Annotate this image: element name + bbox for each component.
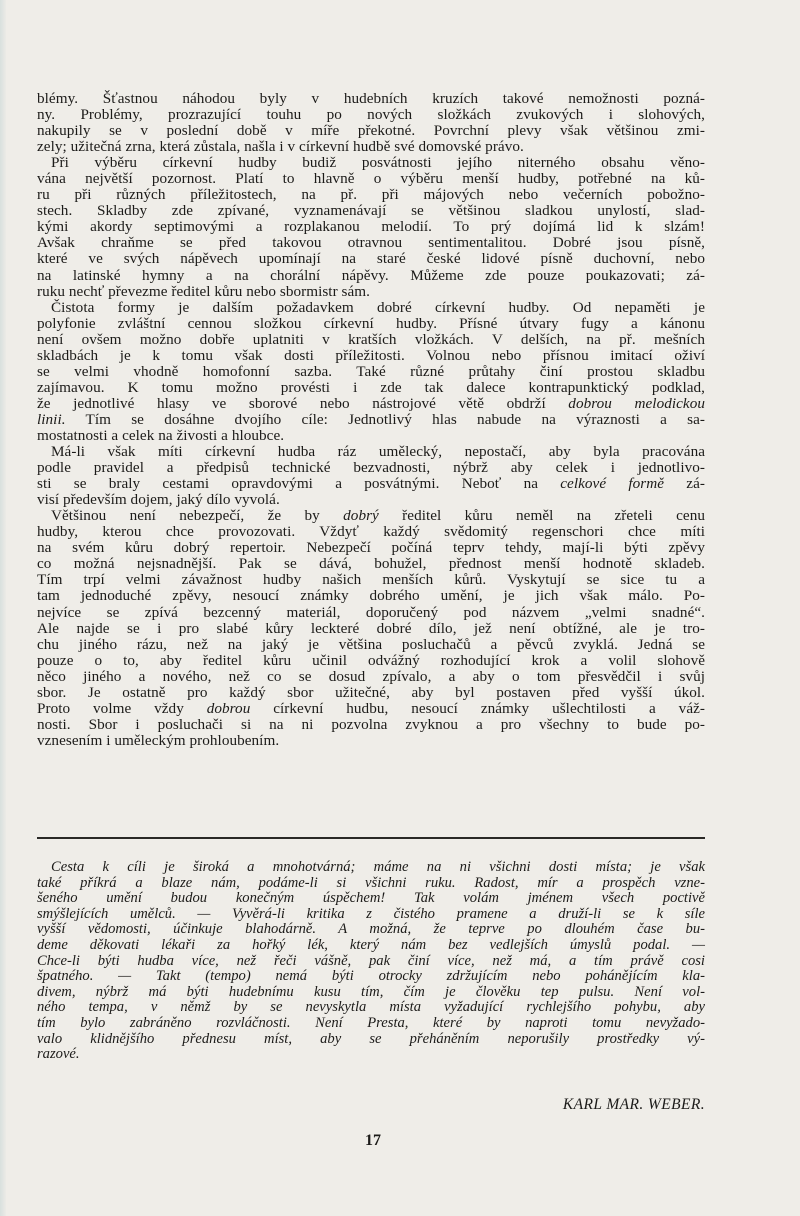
text-run: Má-li však míti církevní hudba ráz uměle… bbox=[51, 443, 705, 460]
emphasized-text: celkové formě bbox=[560, 475, 664, 492]
quote-line: vyšší vědomosti, účinkuje blahodárně. A … bbox=[37, 922, 705, 938]
text-run: skladbách je k tomu však dosti příležito… bbox=[37, 347, 705, 364]
quote-line: divem, nýbrž má býti hudebnímu kusu tím,… bbox=[37, 985, 705, 1001]
quote-line: deme děkovati lékaři za hořký lék, který… bbox=[37, 938, 705, 954]
quote-line: šeného umění budou konečným úspěchem! Ta… bbox=[37, 891, 705, 907]
body-line: sbor. Je ostatně pro každý sbor užitečné… bbox=[37, 685, 705, 701]
quotation-block: Cesta k cíli je široká a mnohotvárná; má… bbox=[37, 860, 705, 1063]
body-line: Většinou není nebezpečí, že by dobrý řed… bbox=[37, 508, 705, 524]
text-run: co možná nejsnadnější. Pak se dává, bohu… bbox=[37, 555, 705, 572]
text-run: podle pravidel a předpisů technické bezv… bbox=[37, 459, 705, 476]
quote-line: také příkrá a blaze nám, podáme-li si vš… bbox=[37, 876, 705, 892]
text-run: zely; užitečná zrna, která zůstala, našl… bbox=[37, 138, 524, 155]
text-run: církevní hudbu, nesoucí známky ušlechtil… bbox=[250, 700, 705, 717]
text-run: zajímavou. K tomu možno provésti i zde t… bbox=[37, 379, 705, 396]
text-run: Tím se dosáhne dvojího cíle: Jednotlivý … bbox=[66, 411, 705, 428]
body-line: hudby, kterou chce provozovati. Vždyť ka… bbox=[37, 524, 705, 540]
body-line: pouze o to, aby ředitel kůru učinil odvá… bbox=[37, 653, 705, 669]
text-run: blémy. Šťastnou náhodou byly v hudebních… bbox=[37, 90, 705, 107]
text-run: sbor. Je ostatně pro každý sbor užitečné… bbox=[37, 684, 705, 701]
body-line: Avšak chraňme se před takovou otravnou s… bbox=[37, 235, 705, 251]
text-run: se velmi vhodně homofonní sazba. Také rů… bbox=[37, 363, 705, 380]
text-run: Chce-li býti hudba více, než řeči vášně,… bbox=[37, 953, 705, 969]
body-line: není ovšem možno dobře uplatniti v kratš… bbox=[37, 332, 705, 348]
body-line: polyfonie zvláštní cennou složkou církev… bbox=[37, 316, 705, 332]
text-run: není ovšem možno dobře uplatniti v kratš… bbox=[37, 331, 705, 348]
body-line: ru při různých příležitostech, na př. př… bbox=[37, 187, 705, 203]
body-line: tam jednoduché zpěvy, nesoucí známky dob… bbox=[37, 588, 705, 604]
text-run: chu jiného rázu, než na jaký je většina … bbox=[37, 636, 705, 653]
quotation-author: KARL MAR. WEBER. bbox=[563, 1096, 705, 1114]
body-line: Čistota formy je dalším požadavkem dobré… bbox=[37, 300, 705, 316]
body-line: nosti. Sbor i posluchači si na ni pozvol… bbox=[37, 717, 705, 733]
quote-line: ného tempa, v němž by se nevyskytla míst… bbox=[37, 1000, 705, 1016]
text-run: Většinou není nebezpečí, že by bbox=[51, 507, 343, 524]
text-run: Ale najde se i pro slabé kůry leckteré d… bbox=[37, 620, 705, 637]
emphasized-text: dobrou melodickou bbox=[568, 395, 705, 412]
text-run: ru při různých příležitostech, na př. př… bbox=[37, 186, 705, 203]
body-line: nejvíce se zpívá bezcenný materiál, dopo… bbox=[37, 605, 705, 621]
text-run: Tím trpí velmi závažnost hudby našich me… bbox=[37, 571, 705, 588]
body-line: chu jiného rázu, než na jaký je většina … bbox=[37, 637, 705, 653]
body-line: podle pravidel a předpisů technické bezv… bbox=[37, 460, 705, 476]
text-run: valo klidnějšího přednesu míst, aby se p… bbox=[37, 1031, 705, 1047]
emphasized-text: dobrou bbox=[207, 700, 251, 717]
text-run: Proto volme vždy bbox=[37, 700, 207, 717]
emphasized-text: dobrý bbox=[343, 507, 379, 524]
body-line: se velmi vhodně homofonní sazba. Také rů… bbox=[37, 364, 705, 380]
body-line: že jednotlivé hlasy ve sborové nebo nást… bbox=[37, 396, 705, 412]
text-run: Čistota formy je dalším požadavkem dobré… bbox=[51, 299, 705, 316]
quote-line: tím bylo zabráněno rozvláčnosti. Není Pr… bbox=[37, 1016, 705, 1032]
text-run: deme děkovati lékaři za hořký lék, který… bbox=[37, 937, 705, 953]
text-run: smýšlejících umělců. — Vyvěrá-li kritika… bbox=[37, 906, 705, 922]
text-run: kými akordy septimovými a rozplakanou me… bbox=[37, 218, 705, 235]
text-run: něco jiného a nového, než co se dosud zp… bbox=[37, 668, 705, 685]
body-line: Má-li však míti církevní hudba ráz uměle… bbox=[37, 444, 705, 460]
text-run: hudby, kterou chce provozovati. Vždyť ka… bbox=[37, 523, 705, 540]
text-run: nakupily se v poslední době v míře překo… bbox=[37, 122, 705, 139]
quote-line: valo klidnějšího přednesu míst, aby se p… bbox=[37, 1032, 705, 1048]
body-line: zely; užitečná zrna, která zůstala, našl… bbox=[37, 139, 705, 155]
body-line: vána největší pozornost. Platí to hlavně… bbox=[37, 171, 705, 187]
body-line: linii. Tím se dosáhne dvojího cíle: Jedn… bbox=[37, 412, 705, 428]
section-divider bbox=[37, 837, 705, 839]
body-line: ny. Problémy, prozrazující touhu po nový… bbox=[37, 107, 705, 123]
text-run: že jednotlivé hlasy ve sborové nebo nást… bbox=[37, 395, 568, 412]
text-run: tam jednoduché zpěvy, nesoucí známky dob… bbox=[37, 587, 705, 604]
text-run: nejvíce se zpívá bezcenný materiál, dopo… bbox=[37, 604, 705, 621]
emphasized-text: linii. bbox=[37, 411, 66, 428]
text-run: šeného umění budou konečným úspěchem! Ta… bbox=[37, 890, 705, 906]
quote-line: Cesta k cíli je široká a mnohotvárná; má… bbox=[37, 860, 705, 876]
body-line: Proto volme vždy dobrou církevní hudbu, … bbox=[37, 701, 705, 717]
body-line: nakupily se v poslední době v míře překo… bbox=[37, 123, 705, 139]
body-line: Ale najde se i pro slabé kůry leckteré d… bbox=[37, 621, 705, 637]
body-line: Při výběru církevní hudby budiž posvátno… bbox=[37, 155, 705, 171]
text-run: ředitel kůru neměl na zřeteli cenu bbox=[379, 507, 705, 524]
text-run: nosti. Sbor i posluchači si na ni pozvol… bbox=[37, 716, 705, 733]
text-run: špatného. — Takt (tempo) nemá býti otroc… bbox=[37, 968, 705, 984]
text-run: vznesením i uměleckým prohloubením. bbox=[37, 732, 279, 749]
text-run: ruku nechť převezme ředitel kůru nebo sb… bbox=[37, 283, 370, 300]
text-run: visí především dojem, jaký dílo vyvolá. bbox=[37, 491, 280, 508]
text-run: pouze o to, aby ředitel kůru učinil odvá… bbox=[37, 652, 705, 669]
text-run: mostatnosti a celek na živosti a hloubce… bbox=[37, 427, 284, 444]
text-run: zá- bbox=[664, 475, 705, 492]
text-run: ného tempa, v němž by se nevyskytla míst… bbox=[37, 999, 705, 1015]
body-line: sti se braly cestami opravdovými a posvá… bbox=[37, 476, 705, 492]
body-line: zajímavou. K tomu možno provésti i zde t… bbox=[37, 380, 705, 396]
body-line: vznesením i uměleckým prohloubením. bbox=[37, 733, 705, 749]
body-line: visí především dojem, jaký dílo vyvolá. bbox=[37, 492, 705, 508]
text-run: vyšší vědomosti, účinkuje blahodárně. A … bbox=[37, 921, 705, 937]
body-line: kými akordy septimovými a rozplakanou me… bbox=[37, 219, 705, 235]
body-line: Tím trpí velmi závažnost hudby našich me… bbox=[37, 572, 705, 588]
quote-line: špatného. — Takt (tempo) nemá býti otroc… bbox=[37, 969, 705, 985]
body-line: co možná nejsnadnější. Pak se dává, bohu… bbox=[37, 556, 705, 572]
text-run: ny. Problémy, prozrazující touhu po nový… bbox=[37, 106, 705, 123]
text-run: vána největší pozornost. Platí to hlavně… bbox=[37, 170, 705, 187]
body-line: na svém kůru dobrý repertoir. Nebezpečí … bbox=[37, 540, 705, 556]
quote-line: smýšlejících umělců. — Vyvěrá-li kritika… bbox=[37, 907, 705, 923]
text-run: také příkrá a blaze nám, podáme-li si vš… bbox=[37, 875, 705, 891]
body-line: mostatnosti a celek na živosti a hloubce… bbox=[37, 428, 705, 444]
body-line: stech. Skladby zde zpívané, vyznamenávaj… bbox=[37, 203, 705, 219]
page-edge bbox=[0, 0, 6, 1216]
text-run: stech. Skladby zde zpívané, vyznamenávaj… bbox=[37, 202, 705, 219]
text-run: které ve svých nápěvech upomínají na sta… bbox=[37, 250, 705, 267]
body-line: ruku nechť převezme ředitel kůru nebo sb… bbox=[37, 284, 705, 300]
body-line: které ve svých nápěvech upomínají na sta… bbox=[37, 251, 705, 267]
article-body: blémy. Šťastnou náhodou byly v hudebních… bbox=[37, 91, 705, 749]
text-run: Cesta k cíli je široká a mnohotvárná; má… bbox=[51, 859, 705, 875]
text-run: razové. bbox=[37, 1046, 80, 1062]
body-line: na latinské hymny a na chorální nápěvy. … bbox=[37, 268, 705, 284]
page-number: 17 bbox=[0, 1132, 746, 1150]
text-run: Při výběru církevní hudby budiž posvátno… bbox=[51, 154, 705, 171]
text-run: polyfonie zvláštní cennou složkou církev… bbox=[37, 315, 705, 332]
quote-line: Chce-li býti hudba více, než řeči vášně,… bbox=[37, 954, 705, 970]
text-run: tím bylo zabráněno rozvláčnosti. Není Pr… bbox=[37, 1015, 705, 1031]
body-line: skladbách je k tomu však dosti příležito… bbox=[37, 348, 705, 364]
body-line: blémy. Šťastnou náhodou byly v hudebních… bbox=[37, 91, 705, 107]
text-run: na svém kůru dobrý repertoir. Nebezpečí … bbox=[37, 539, 705, 556]
text-run: na latinské hymny a na chorální nápěvy. … bbox=[37, 267, 705, 284]
text-run: sti se braly cestami opravdovými a posvá… bbox=[37, 475, 560, 492]
body-line: něco jiného a nového, než co se dosud zp… bbox=[37, 669, 705, 685]
text-run: divem, nýbrž má býti hudebnímu kusu tím,… bbox=[37, 984, 705, 1000]
quote-line: razové. bbox=[37, 1047, 705, 1063]
text-run: Avšak chraňme se před takovou otravnou s… bbox=[37, 234, 705, 251]
